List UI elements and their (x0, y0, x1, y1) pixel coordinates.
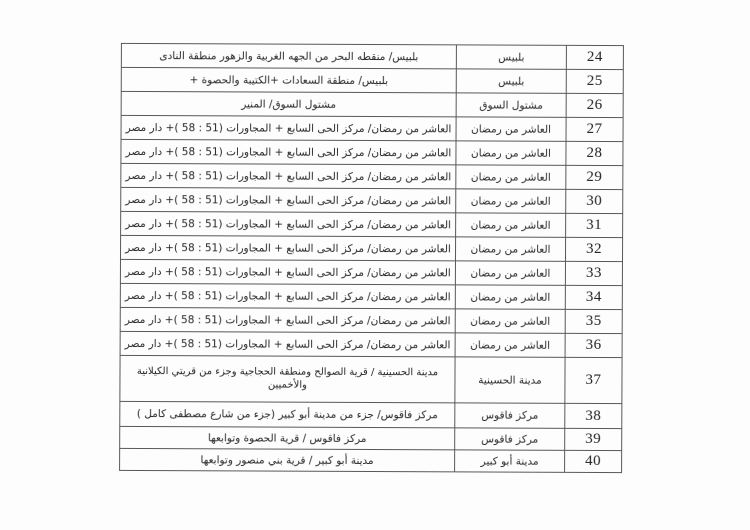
table-row: 32 العاشر من رمضان العاشر من رمضان/ مركز… (120, 235, 622, 261)
table-row: 27 العاشر من رمضان العاشر من رمضان/ مركز… (121, 115, 623, 141)
area-description: بلبيس/ منطقة السعادات +الكتيبة والحصوة + (121, 67, 456, 92)
area-name: مدينة الحسينية (455, 357, 565, 403)
area-description: بلبيس/ منقطه البحر من الجهه الغربية والز… (121, 43, 456, 68)
table-row: 25 بلبيس بلبيس/ منطقة السعادات +الكتيبة … (121, 67, 623, 93)
row-number: 31 (566, 213, 623, 237)
table-row: 29 العاشر من رمضان العاشر من رمضان/ مركز… (121, 163, 623, 189)
table-row: 26 مشتول السوق مشتول السوق/ المنير (121, 91, 623, 117)
row-number: 35 (565, 309, 622, 333)
area-name: العاشر من رمضان (455, 237, 565, 261)
table-row: 39 مركز فاقوس مركز فاقوس / قرية الحصوة و… (120, 426, 622, 450)
row-number: 27 (566, 117, 623, 141)
area-name: مدينة أبو كبير (455, 450, 565, 472)
row-number: 37 (565, 357, 622, 403)
table-row: 38 مركز فاقوس مركز فاقوس/ جزء من مدينة أ… (120, 401, 622, 428)
table-row: 33 العاشر من رمضان العاشر من رمضان/ مركز… (120, 259, 622, 285)
area-description: العاشر من رمضان/ مركز الحى السابع + المج… (120, 259, 455, 284)
table-row: 37 مدينة الحسينية مدينة الحسينية / قرية … (120, 355, 622, 403)
area-description: مدينة أبو كبير / قرية بني منصور وتوابعها (120, 448, 455, 471)
table-row: 31 العاشر من رمضان العاشر من رمضان/ مركز… (121, 211, 623, 237)
area-name: مشتول السوق (456, 93, 566, 117)
area-name: العاشر من رمضان (456, 141, 566, 165)
table-row: 35 العاشر من رمضان العاشر من رمضان/ مركز… (120, 307, 622, 333)
area-description: العاشر من رمضان/ مركز الحى السابع + المج… (120, 283, 455, 308)
row-number: 39 (565, 428, 622, 450)
row-number: 33 (565, 261, 622, 285)
area-name: مركز فاقوس (455, 428, 565, 450)
scanned-document-page: 24 بلبيس بلبيس/ منقطه البحر من الجهه الغ… (0, 0, 750, 530)
table-row: 28 العاشر من رمضان العاشر من رمضان/ مركز… (121, 139, 623, 165)
area-description: العاشر من رمضان/ مركز الحى السابع + المج… (121, 139, 456, 164)
area-name: العاشر من رمضان (456, 165, 566, 189)
area-description: العاشر من رمضان/ مركز الحى السابع + المج… (121, 163, 456, 188)
table-row: 36 العاشر من رمضان العاشر من رمضان/ مركز… (120, 331, 622, 357)
row-number: 28 (566, 141, 623, 165)
area-description: العاشر من رمضان/ مركز الحى السابع + المج… (121, 115, 456, 140)
row-number: 30 (566, 189, 623, 213)
area-name: العاشر من رمضان (456, 189, 566, 213)
row-number: 26 (566, 93, 623, 117)
row-number: 34 (565, 285, 622, 309)
area-name: العاشر من رمضان (455, 309, 565, 333)
area-description: العاشر من رمضان/ مركز الحى السابع + المج… (120, 235, 455, 260)
row-number: 32 (565, 237, 622, 261)
area-name: العاشر من رمضان (456, 213, 566, 237)
area-description: مركز فاقوس / قرية الحصوة وتوابعها (120, 426, 455, 449)
area-description: العاشر من رمضان/ مركز الحى السابع + المج… (121, 187, 456, 212)
area-name: العاشر من رمضان (455, 333, 565, 357)
row-number: 36 (565, 333, 622, 357)
area-name: بلبيس (456, 45, 566, 69)
area-description: مدينة الحسينية / قرية الصوالح ومنطقة الح… (120, 355, 455, 402)
row-number: 25 (566, 69, 623, 93)
area-name: العاشر من رمضان (456, 117, 566, 141)
areas-table-wrapper: 24 بلبيس بلبيس/ منقطه البحر من الجهه الغ… (119, 43, 624, 473)
table-row: 40 مدينة أبو كبير مدينة أبو كبير / قرية … (120, 448, 622, 472)
areas-table: 24 بلبيس بلبيس/ منقطه البحر من الجهه الغ… (119, 43, 624, 473)
area-description: العاشر من رمضان/ مركز الحى السابع + المج… (120, 307, 455, 332)
row-number: 29 (566, 165, 623, 189)
area-name: مركز فاقوس (455, 403, 565, 428)
area-name: بلبيس (456, 69, 566, 93)
row-number: 40 (565, 450, 622, 472)
table-row: 34 العاشر من رمضان العاشر من رمضان/ مركز… (120, 283, 622, 309)
row-number: 24 (566, 45, 623, 69)
area-description: العاشر من رمضان/ مركز الحى السابع + المج… (121, 211, 456, 236)
area-description: العاشر من رمضان/ مركز الحى السابع + المج… (120, 331, 455, 356)
area-description: مركز فاقوس/ جزء من مدينة أبو كبير (جزء م… (120, 401, 455, 427)
area-description: مشتول السوق/ المنير (121, 91, 456, 116)
table-row: 30 العاشر من رمضان العاشر من رمضان/ مركز… (121, 187, 623, 213)
area-name: العاشر من رمضان (455, 261, 565, 285)
area-name: العاشر من رمضان (455, 285, 565, 309)
row-number: 38 (565, 403, 622, 428)
table-row: 24 بلبيس بلبيس/ منقطه البحر من الجهه الغ… (121, 43, 623, 69)
